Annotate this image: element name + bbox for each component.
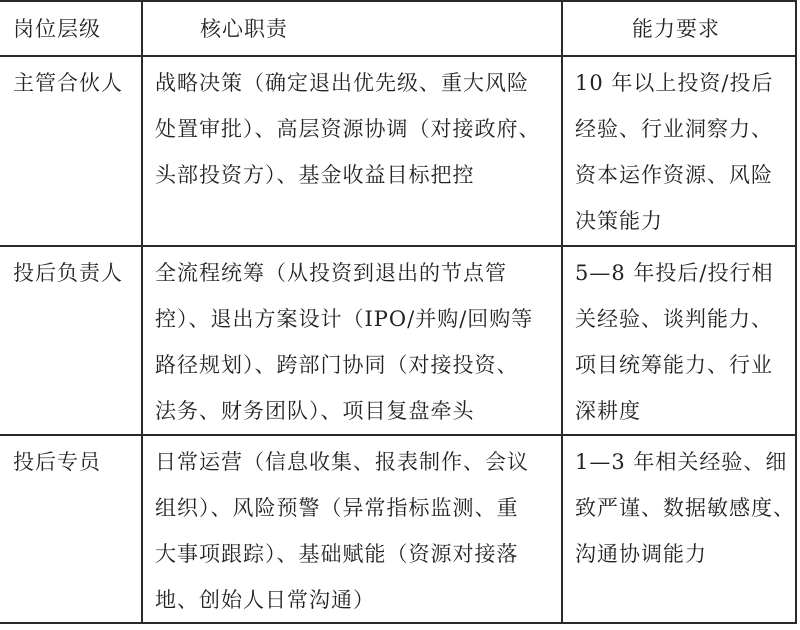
duties-line: 组织）、风险预警（异常指标监测、重	[155, 485, 555, 531]
requirements-text: 1—3 年相关经验、细 致严谨、数据敏感度、 沟通协调能力	[563, 436, 795, 577]
requirements-line: 1—3 年相关经验、细	[575, 439, 789, 485]
header-level-label: 岗位层级	[0, 2, 141, 56]
cell-level: 投后专员	[0, 436, 143, 624]
duties-line: 处置审批）、高层资源协调（对接政府、	[155, 106, 555, 152]
duties-line: 大事项跟踪）、基础赋能（资源对接落	[155, 531, 555, 577]
table-row: 投后负责人 全流程统筹（从投资到退出的节点管 控）、退出方案设计（IPO/并购/…	[0, 247, 795, 436]
header-duties-label: 核心职责	[143, 2, 561, 56]
table-row: 投后专员 日常运营（信息收集、报表制作、会议 组织）、风险预警（异常指标监测、重…	[0, 436, 795, 624]
table-header-row: 岗位层级 核心职责 能力要求	[0, 2, 795, 57]
requirements-text: 10 年以上投资/投后 经验、行业洞察力、 资本运作资源、风险 决策能力	[563, 57, 795, 244]
cell-level: 投后负责人	[0, 247, 143, 434]
duties-text: 战略决策（确定退出优先级、重大风险 处置审批）、高层资源协调（对接政府、 头部投…	[143, 57, 561, 198]
requirements-line: 10 年以上投资/投后	[575, 60, 789, 106]
cell-level: 主管合伙人	[0, 57, 143, 245]
requirements-line: 致严谨、数据敏感度、	[575, 485, 789, 531]
table-row: 主管合伙人 战略决策（确定退出优先级、重大风险 处置审批）、高层资源协调（对接政…	[0, 57, 795, 247]
duties-line: 全流程统筹（从投资到退出的节点管	[155, 250, 555, 296]
duties-line: 法务、财务团队）、项目复盘牵头	[155, 388, 555, 434]
duties-text: 全流程统筹（从投资到退出的节点管 控）、退出方案设计（IPO/并购/回购等 路径…	[143, 247, 561, 434]
roles-table: 岗位层级 核心职责 能力要求 主管合伙人 战略决策（确定退出优先级、重大风险 处…	[0, 0, 797, 624]
cell-duties: 全流程统筹（从投资到退出的节点管 控）、退出方案设计（IPO/并购/回购等 路径…	[143, 247, 563, 434]
duties-text: 日常运营（信息收集、报表制作、会议 组织）、风险预警（异常指标监测、重 大事项跟…	[143, 436, 561, 623]
header-cell-requirements: 能力要求	[563, 2, 795, 55]
requirements-line: 项目统筹能力、行业	[575, 342, 789, 388]
duties-line: 头部投资方）、基金收益目标把控	[155, 152, 555, 198]
cell-requirements: 1—3 年相关经验、细 致严谨、数据敏感度、 沟通协调能力	[563, 436, 795, 624]
header-cell-level: 岗位层级	[0, 2, 143, 55]
header-cell-duties: 核心职责	[143, 2, 563, 55]
requirements-line: 深耕度	[575, 388, 789, 434]
duties-line: 战略决策（确定退出优先级、重大风险	[155, 60, 555, 106]
requirements-line: 沟通协调能力	[575, 531, 789, 577]
requirements-line: 决策能力	[575, 198, 789, 244]
duties-line: 地、创始人日常沟通）	[155, 577, 555, 623]
cell-requirements: 10 年以上投资/投后 经验、行业洞察力、 资本运作资源、风险 决策能力	[563, 57, 795, 245]
requirements-text: 5—8 年投后/投行相 关经验、谈判能力、 项目统筹能力、行业 深耕度	[563, 247, 795, 434]
header-requirements-label: 能力要求	[563, 2, 795, 56]
level-label: 主管合伙人	[0, 57, 141, 106]
duties-line: 控）、退出方案设计（IPO/并购/回购等	[155, 296, 555, 342]
duties-line: 路径规划）、跨部门协同（对接投资、	[155, 342, 555, 388]
level-label: 投后负责人	[0, 247, 141, 296]
requirements-line: 资本运作资源、风险	[575, 152, 789, 198]
requirements-line: 关经验、谈判能力、	[575, 296, 789, 342]
cell-duties: 战略决策（确定退出优先级、重大风险 处置审批）、高层资源协调（对接政府、 头部投…	[143, 57, 563, 245]
duties-line: 日常运营（信息收集、报表制作、会议	[155, 439, 555, 485]
cell-requirements: 5—8 年投后/投行相 关经验、谈判能力、 项目统筹能力、行业 深耕度	[563, 247, 795, 434]
level-label: 投后专员	[0, 436, 141, 485]
cell-duties: 日常运营（信息收集、报表制作、会议 组织）、风险预警（异常指标监测、重 大事项跟…	[143, 436, 563, 624]
requirements-line: 5—8 年投后/投行相	[575, 250, 789, 296]
requirements-line: 经验、行业洞察力、	[575, 106, 789, 152]
